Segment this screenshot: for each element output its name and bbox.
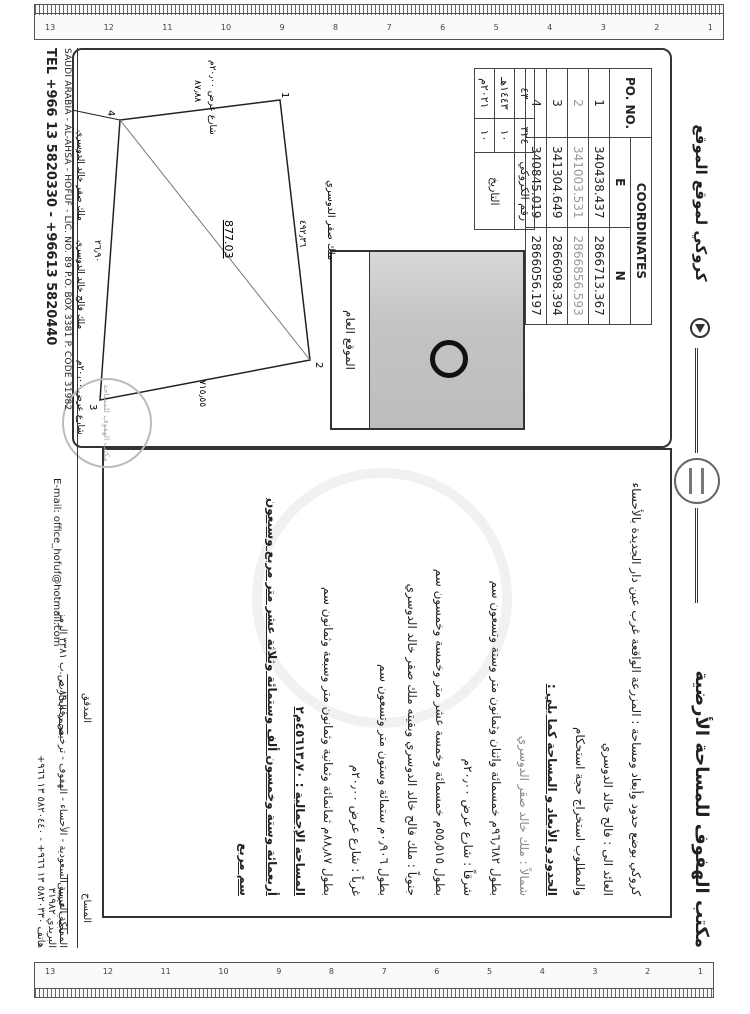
- date-year: ١٤٤٣هـ: [495, 69, 515, 119]
- ruler-line: [35, 988, 713, 989]
- header-rule: [695, 508, 698, 603]
- east-boundary: شرقاً : شارع عرض ٢٠٫٠٠م: [454, 480, 482, 896]
- krooki-no: ٣٢٤: [515, 118, 535, 153]
- ruler-marks: 13121110987654321: [45, 23, 713, 32]
- address-arabic: المملكة العربية السعودية - الأحساء - اله…: [35, 608, 68, 948]
- side-length-1-2: ٤٩٢٫٣٦: [297, 220, 307, 247]
- office-name: مكتب الهفوف للمساحة الأرضية: [691, 608, 712, 948]
- table-row: 2 341003.531 2866856.593: [568, 69, 589, 325]
- survey-document: مكتب الهفوف للمساحة الأرضية كروكي لموقع …: [32, 48, 712, 958]
- svg-text:1: 1: [279, 92, 290, 98]
- survey-purpose: والمطلوب استخراج حجة استحكام: [566, 480, 594, 896]
- date-day: ١٠: [495, 118, 515, 153]
- signature-mark: [67, 874, 81, 942]
- krooki-no-label: رقم الكروكي: [515, 153, 535, 230]
- west-boundary: غرباً : شارع عرض ٢٠٫٠٠م: [342, 480, 370, 896]
- table-row: 3 341304.649 2866098.394: [547, 69, 568, 325]
- diagonal-length: 877.03: [222, 220, 235, 259]
- col-n: N: [610, 227, 631, 324]
- coordinates-table: PO. NO. COORDINATES E N 1 340438.437 286…: [525, 68, 652, 325]
- address-english: SAUDI ARABIA - AL-AHSA - HOFUF - LIC. NO…: [62, 48, 72, 468]
- col-e: E: [610, 138, 631, 228]
- signature-mark: [67, 674, 81, 742]
- south-length: بطول ٠٫٩٠٦م ستمائة وستون متر وتسعون سم: [370, 480, 398, 896]
- scale-ruler-top: 13121110987654321: [34, 4, 724, 40]
- phone-english: TEL +966 13 5820330 - +96613 5820440: [43, 48, 58, 468]
- total-area: المساحة الإجمالية : ٤٥٦١٣٫٧٠م٢: [286, 480, 314, 896]
- footer-rule: [77, 48, 78, 948]
- ruler-line: [35, 13, 723, 14]
- east-street: شارع عرض ٢٠٫٠٠م: [207, 60, 217, 135]
- ruler-marks: 13121110987654321: [45, 967, 703, 976]
- west-length: بطول ٨٨٫٨٧م ثمانمائة وثمانية وثمانون متر…: [314, 480, 342, 896]
- side-length-3-4: ٢٦٫٩٠: [92, 240, 102, 262]
- krooki-info-table: رقم الكروكي ٣٢٤ ٤٣ التاريخ ١٠ ١٤٤٣هـ ١٠ …: [474, 68, 535, 230]
- col-coordinates: COORDINATES: [631, 138, 652, 325]
- north-length: بطول ٩٦٫٦٨٢م خمسمائة واثنان وثمانون متر …: [482, 480, 510, 896]
- survey-intro: كروكي بوضع حدود وأبعاد ومساحة : المزرعة …: [622, 480, 650, 896]
- side-length-2-3: ٧١٥٫٥٥: [197, 380, 207, 407]
- date-day-2: ١٠: [475, 118, 495, 153]
- location-map: الموقع العام: [330, 250, 525, 430]
- total-area-words: أربعمائة وستة وخمسون ألف وستمائة وثلاثة …: [230, 480, 286, 896]
- krooki-no-2: ٤٣: [515, 69, 535, 119]
- side-length-4-1: ٨٧٫٨٨: [192, 80, 202, 102]
- office-stamp: مكتب الهفوف للمساحة: [62, 378, 152, 468]
- south-boundary: جنوباً : ملك فالح خالد الدوسري وبقيته مل…: [398, 480, 426, 896]
- north-neighbor: ملك صقر الدوسري: [325, 180, 336, 260]
- table-row: 1 340438.437 2866713.367: [589, 69, 610, 325]
- svg-text:2: 2: [313, 362, 324, 368]
- date-label: التاريخ: [475, 153, 515, 230]
- location-marker-icon: [430, 340, 468, 378]
- scale-ruler-bottom: 13121110987654321: [34, 962, 714, 998]
- svg-text:4: 4: [105, 110, 116, 116]
- date-year-2: ٢٠٢١م: [475, 69, 495, 119]
- col-point-no: PO. NO.: [610, 69, 652, 138]
- satellite-image: [370, 252, 523, 428]
- boundaries-title: الحدود و الأبعاد و المساحة كما يلي :: [538, 480, 566, 896]
- header-rule: [695, 348, 698, 453]
- office-logo-icon: [674, 458, 720, 504]
- krooki-title: كروكي لموقع الموقع: [692, 78, 710, 328]
- survey-owner: العائد الى : فالح خالد الدوسري: [594, 480, 622, 896]
- east-length: بطول ٥٥٫٥١٥م خمسمائة وخمسة عشر متر وخمسة…: [426, 480, 454, 896]
- sketch-panel: PO. NO. COORDINATES E N 1 340438.437 286…: [72, 48, 672, 448]
- north-boundary: شمالاً : ملك خالد صقر الدوسري: [510, 480, 538, 896]
- survey-description-panel: كروكي بوضع حدود وأبعاد ومساحة : المزرعة …: [102, 448, 672, 918]
